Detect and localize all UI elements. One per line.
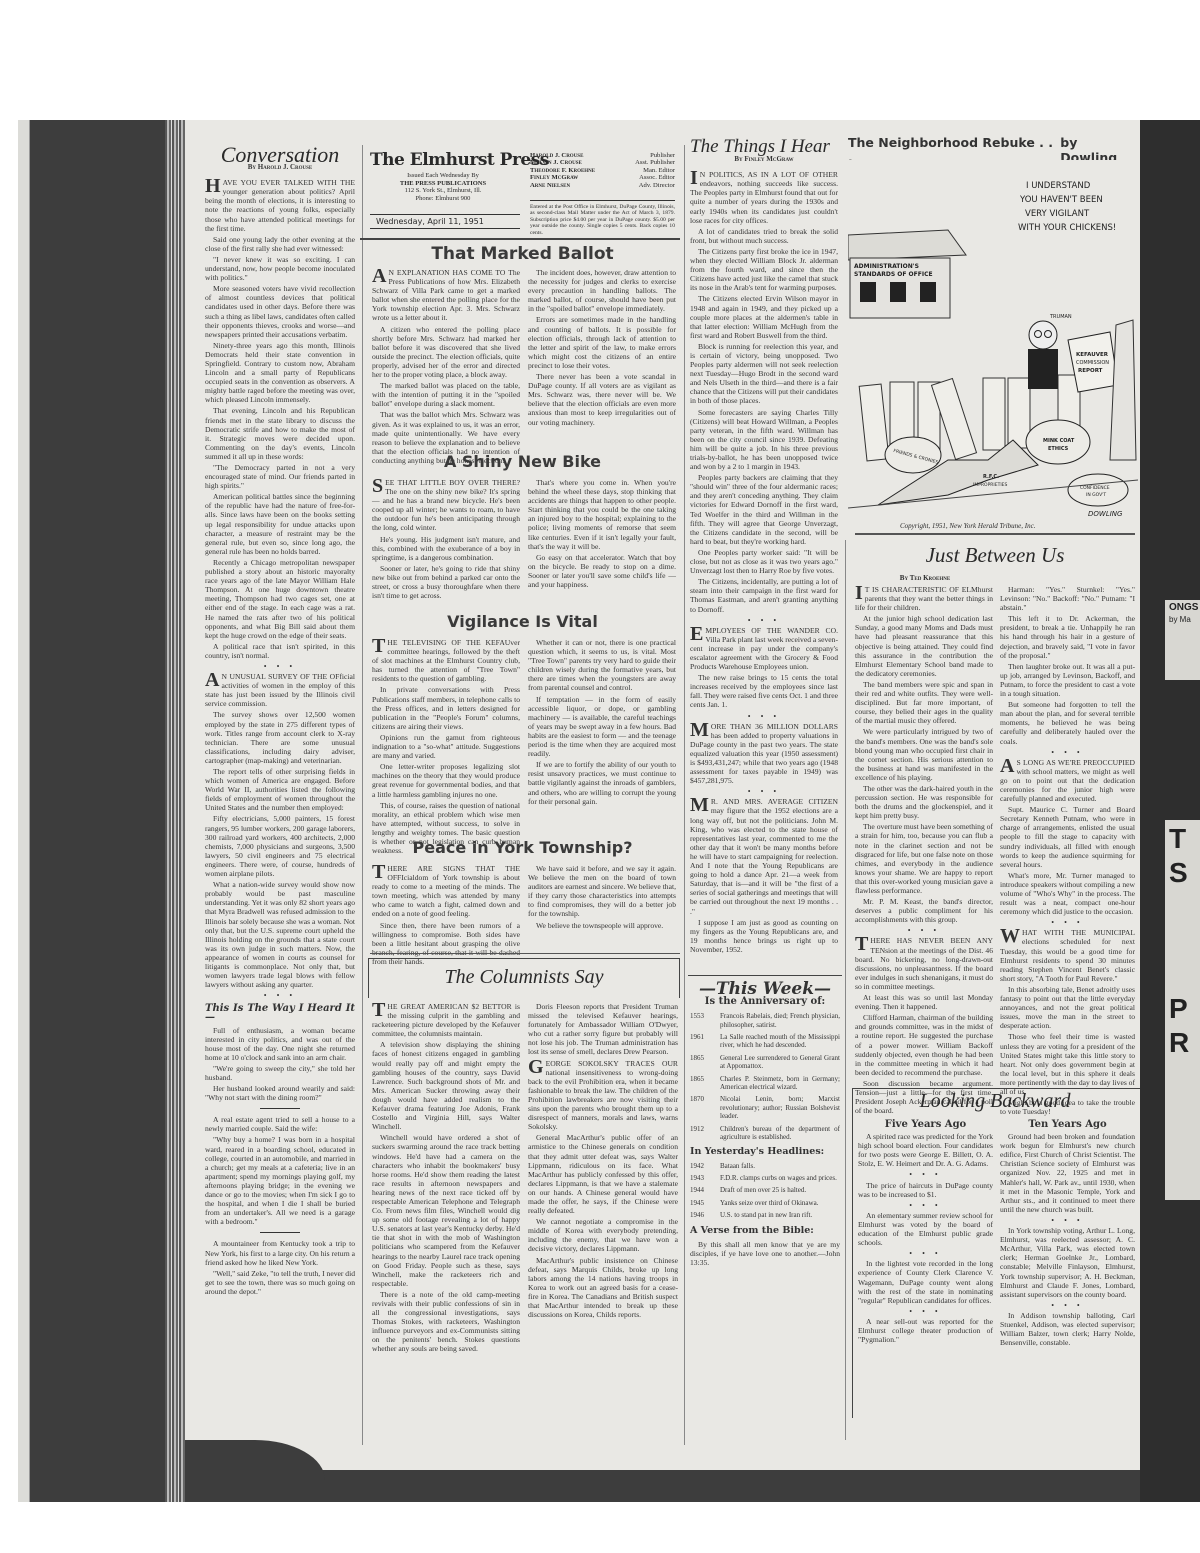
paragraph: A political race that isn't spirited, in…	[205, 642, 355, 660]
paragraph: At least this was so until last Monday e…	[855, 993, 993, 1011]
separator-dots: • • •	[690, 787, 838, 796]
paragraph: That's where you come in. When you're be…	[528, 478, 676, 551]
masthead-publisher-info: Issued Each Wednesday By THE PRESS PUBLI…	[388, 172, 498, 202]
paragraph: One letter-writer proposes legalizing sl…	[372, 762, 520, 798]
svg-text:R.F.C.: R.F.C.	[983, 474, 999, 480]
separator-dots: • • •	[690, 712, 838, 721]
svg-text:VERY VIGILANT: VERY VIGILANT	[1025, 209, 1090, 219]
svg-text:ETHICS: ETHICS	[1048, 446, 1069, 452]
paragraph: The marked ballot was placed on the tabl…	[372, 381, 520, 408]
paragraph: "We're going to sweep the city," she tol…	[205, 1064, 355, 1082]
this-week-title: —This Week—	[690, 985, 840, 994]
paragraph: Recently a Chicago metropolitan newspape…	[205, 558, 355, 640]
staff-list: Harold J. CrousePublisher Melvin J. Crou…	[530, 152, 675, 189]
paragraph: AN EXPLANATION HAS COME TO The Press Pub…	[372, 268, 520, 323]
editorial-headline: Vigilance Is Vital	[370, 612, 675, 631]
adjacent-page-ad-fragment: TSPR	[1165, 820, 1200, 1200]
newspaper-name: The Elmhurst Press	[370, 150, 549, 170]
adjacent-page-strip	[1140, 120, 1200, 1502]
five-years-ago-heading: Five Years Ago	[858, 1120, 993, 1129]
paragraph: American political battles since the beg…	[205, 492, 355, 556]
anniversary-item: 1865General Lee surrendered to General G…	[690, 1054, 840, 1071]
columnists-column: Doris Fleeson reports that President Tru…	[528, 1002, 678, 1321]
editorial-column: That's where you come in. When you're be…	[528, 478, 676, 591]
paragraph: The band members were spic and span in t…	[855, 680, 993, 725]
conversation-title: Conversation	[205, 150, 355, 159]
paragraph: In York township voting, Arthur L. Long,…	[1000, 1226, 1135, 1299]
paragraph: Errors are sometimes made in the handlin…	[528, 315, 676, 370]
conversation-column: Conversation By Harold J. Crouse HAVE YO…	[205, 150, 355, 1298]
paragraph: EMPLOYEES OF THE WANDER CO. Villa Park p…	[690, 626, 838, 671]
paragraph: The overture must have been something of…	[855, 822, 993, 895]
column-rule	[362, 145, 363, 1445]
paragraph: Harman: "Yes." Sturnkel: "Yes." Levinson…	[1000, 585, 1135, 612]
page-binding	[165, 120, 185, 1502]
paragraph: AN UNUSUAL SURVEY OF THE OFficial activi…	[205, 672, 355, 708]
issue-date: Wednesday, April 11, 1951	[370, 214, 520, 229]
paragraph: We cannot negotiate a compromise in the …	[528, 1217, 678, 1253]
staff-row: Arne NielsenAdv. Director	[530, 182, 675, 189]
paragraph: THE TELEVISING OF THE KEFAUver committee…	[372, 638, 520, 683]
staff-row: Harold J. CrousePublisher	[530, 152, 675, 159]
paragraph: We have said it before, and we say it ag…	[528, 864, 676, 919]
paragraph: Sooner or later, he's going to ride that…	[372, 564, 520, 600]
headlines-heading: In Yesterday's Headlines:	[690, 1147, 840, 1156]
paragraph: Go easy on that accelerator. Watch that …	[528, 553, 676, 589]
separator-dots: • • •	[1000, 748, 1135, 757]
svg-text:MINK COAT: MINK COAT	[1043, 438, 1075, 444]
paragraph: Clifford Harman, chairman of the buildin…	[855, 1013, 993, 1077]
editorial-headline: That Marked Ballot	[370, 244, 675, 264]
headline-item: 1943F.D.R. clamps curbs on wages and pri…	[690, 1174, 840, 1182]
anniversary-item: 1912Children's bureau of the department …	[690, 1125, 840, 1142]
paragraph: Mr. P. M. Keast, the band's director, de…	[855, 897, 993, 924]
separator-dots: • • •	[205, 991, 355, 1000]
just-between-us-byline: By Ted Kroehne	[855, 574, 995, 582]
paragraph: The other was the dark-haired youth in t…	[855, 784, 993, 820]
editorial-column: Whether it can or not, there is one prac…	[528, 638, 676, 808]
svg-text:KEFAUVER: KEFAUVER	[1076, 352, 1109, 358]
paragraph: In this absorbing tale, Benet adroitly u…	[1000, 985, 1135, 1030]
svg-text:COMMISSION: COMMISSION	[1076, 360, 1109, 366]
paragraph: Ninety-three years ago this month, Illin…	[205, 341, 355, 405]
separator-dots: • • •	[858, 1249, 993, 1258]
paragraph: An elementary summer review school for E…	[858, 1211, 993, 1247]
things-i-hear-title: The Things I Hear	[690, 142, 838, 151]
paragraph: A near sell-out was reported for the Elm…	[858, 1317, 993, 1344]
anniversary-item: 1870Nicolai Lenin, born; Marxist revolut…	[690, 1095, 840, 1120]
paragraph: Full of enthusiasm, a woman became inter…	[205, 1026, 355, 1062]
editorial-column: SEE THAT LITTLE BOY OVER THERE? The one …	[372, 478, 520, 602]
paragraph: MORE THAN 36 MILLION DOLLARS has been ad…	[690, 722, 838, 786]
anniversary-item: 1553Francois Rabelais, died; French phys…	[690, 1012, 840, 1029]
svg-text:WITH YOUR CHICKENS!: WITH YOUR CHICKENS!	[1018, 223, 1116, 233]
paragraph: In Addison township balloting, Carl Stue…	[1000, 1311, 1135, 1347]
paragraph: IN POLITICS, AS IN A LOT OF OTHER endeav…	[690, 170, 838, 225]
paragraph: A mountaineer from Kentucky took a trip …	[205, 1239, 355, 1266]
editorial-headline: Peace in York Township?	[370, 838, 675, 857]
paragraph: Winchell would have ordered a shot of su…	[372, 1133, 520, 1288]
separator-dots: • • •	[858, 1170, 993, 1179]
ten-years-ago-heading: Ten Years Ago	[1000, 1120, 1135, 1129]
paragraph: Supt. Maurice C. Turner and Board Secret…	[1000, 805, 1135, 869]
paragraph: Peoples party backers are claiming that …	[690, 473, 838, 546]
paragraph: THERE ARE SIGNS THAT THE OFFIcialdom of …	[372, 864, 520, 919]
paragraph: There never has been a vote scandal in D…	[528, 372, 676, 427]
paragraph: WHAT WITH THE MUNICIPAL elections schedu…	[1000, 928, 1135, 983]
paragraph: THE GREAT AMERICAN $2 BETTOR is the miss…	[372, 1002, 520, 1038]
paragraph: At the junior high school dedication las…	[855, 614, 993, 678]
editorial-column: We have said it before, and we say it ag…	[528, 864, 676, 932]
editorial-headline: A Shiny New Bike	[370, 452, 675, 471]
paragraph: MacArthur's public insistence on Chinese…	[528, 1256, 678, 1320]
svg-text:STANDARDS OF OFFICE: STANDARDS OF OFFICE	[854, 271, 933, 278]
editorial-column: The incident does, however, draw attenti…	[528, 268, 676, 429]
paragraph: This left it to Dr. Ackerman, the presid…	[1000, 614, 1135, 659]
separator-dots: • • •	[205, 662, 355, 671]
masthead-rule	[360, 238, 680, 240]
separator-dots: • • •	[1000, 1216, 1135, 1225]
svg-text:REPORT: REPORT	[1078, 368, 1103, 374]
separator-dots: • • •	[1000, 918, 1135, 927]
anniversary-item: 1961La Salle reached mouth of the Missis…	[690, 1033, 840, 1050]
headline-item: 1945Yanks seize over third of Okinawa.	[690, 1199, 840, 1207]
paragraph: Those who feel their time is wasted unle…	[1000, 1032, 1135, 1096]
paragraph: Her husband looked around wearily and sa…	[205, 1084, 355, 1102]
paragraph: That evening, Lincoln and his Republican…	[205, 406, 355, 461]
paragraph: "The Democracy parted in not a very enco…	[205, 463, 355, 490]
paragraph: A citizen who entered the polling place …	[372, 325, 520, 380]
just-between-us-column: IT IS CHARACTERISTIC OF ELMhurst parents…	[855, 585, 993, 1117]
paragraph: Then laughter broke out. It was all a pu…	[1000, 662, 1135, 698]
paragraph: IT IS CHARACTERISTIC OF ELMhurst parents…	[855, 585, 993, 612]
svg-text:IMPROPRIETIES: IMPROPRIETIES	[973, 482, 1008, 488]
paragraph: Opinions run the gamut from righteous in…	[372, 733, 520, 760]
paragraph: A television show displaying the shining…	[372, 1040, 520, 1131]
paragraph: Said one young lady the other evening at…	[205, 235, 355, 253]
editorial-column: THE TELEVISING OF THE KEFAUver committee…	[372, 638, 520, 857]
postal-entry-note: Entered at the Post Office in Elmhurst, …	[530, 200, 675, 236]
paragraph: The incident does, however, draw attenti…	[528, 268, 676, 313]
paragraph: What a nation-wide survey would show now…	[205, 880, 355, 989]
paragraph: There is a note of the old camp-meeting …	[372, 1290, 520, 1354]
staff-row: Theodore F. KroehneMan. Editor	[530, 167, 675, 174]
anniversary-item: 1865Charles P. Steinmetz, born in German…	[690, 1075, 840, 1092]
paragraph: GEORGE SOKOLSKY TRACES OUR national inse…	[528, 1059, 678, 1132]
separator-rule	[260, 1232, 300, 1233]
columnists-column: THE GREAT AMERICAN $2 BETTOR is the miss…	[372, 1002, 520, 1356]
svg-text:DOWLING: DOWLING	[1088, 510, 1123, 518]
masthead: The Elmhurst Press Issued Each Wednesday…	[370, 142, 675, 237]
paragraph: The survey shows over 12,500 women emplo…	[205, 710, 355, 765]
svg-text:CONFIDENCE: CONFIDENCE	[1080, 485, 1110, 491]
paragraph: A lot of candidates tried to break the s…	[690, 227, 838, 245]
paragraph: The price of haircuts in DuPage county w…	[858, 1181, 993, 1199]
paragraph: General MacArthur's public offer of an a…	[528, 1133, 678, 1215]
staff-row: Melvin J. CrouseAsst. Publisher	[530, 159, 675, 166]
editorial-column: AN EXPLANATION HAS COME TO The Press Pub…	[372, 268, 520, 467]
paragraph: One Peoples party worker said: "It will …	[690, 548, 838, 575]
column-rule	[845, 540, 846, 1440]
paragraph: THERE HAS NEVER BEEN ANY TENsion at the …	[855, 936, 993, 991]
speech-bubble: I UNDERSTAND	[1026, 181, 1091, 191]
cartoon-rule	[855, 533, 1135, 535]
paragraph: SEE THAT LITTLE BOY OVER THERE? The one …	[372, 478, 520, 533]
paragraph: The Citizens elected Ervin Wilson mayor …	[690, 294, 838, 339]
paragraph: "I never knew it was so exciting. I can …	[205, 255, 355, 282]
this-week-subtitle: Is the Anniversary of:	[690, 997, 840, 1006]
paragraph: Some forecasters are saying Charles Till…	[690, 408, 838, 472]
svg-text:ADMINISTRATION'S: ADMINISTRATION'S	[854, 263, 919, 270]
paragraph: Fifty electricians, 5,000 painters, 15 f…	[205, 814, 355, 878]
paragraph: More seasoned voters have vivid recollec…	[205, 284, 355, 339]
paragraph: If temptation — in the form of easily ac…	[528, 695, 676, 759]
just-between-us-column: Harman: "Yes." Sturnkel: "Yes." Levinson…	[1000, 585, 1135, 1118]
headline-item: 1942Bataan falls.	[690, 1162, 840, 1170]
just-between-us-title: Just Between Us	[855, 543, 1135, 568]
paragraph: MR. AND MRS. AVERAGE CITIZEN may figure …	[690, 797, 838, 915]
paragraph: "Why buy a home? I was born in a hospita…	[205, 1135, 355, 1226]
paragraph: But someone had forgotten to tell the ma…	[1000, 700, 1135, 745]
paragraph: The new raise brings to 15 cents the tot…	[690, 673, 838, 709]
five-years-ago-column: Five Years Ago A spirited race was predi…	[858, 1120, 993, 1346]
paragraph: Block is running for reelection this yea…	[690, 342, 838, 406]
headline-item: 1946U.S. to stand pat in new Iran rift.	[690, 1211, 840, 1219]
things-i-hear-column: The Things I Hear By Finley McGraw IN PO…	[690, 142, 838, 956]
verse-text: By this shall all men know that ye are m…	[690, 1240, 840, 1267]
separator-rule	[260, 1108, 300, 1109]
paragraph: We were particularly intrigued by two of…	[855, 727, 993, 782]
headline-item: 1944Draft of men over 25 is halted.	[690, 1186, 840, 1194]
paragraph: Doris Fleeson reports that President Tru…	[528, 1002, 678, 1057]
paragraph: The Citizens, incidentally, are putting …	[690, 577, 838, 613]
paragraph: HAVE YOU EVER TALKED WITH THE younger ge…	[205, 178, 355, 233]
paragraph: AS LONG AS WE'RE PREOCCUPIED with school…	[1000, 758, 1135, 803]
paragraph: I suppose I am just as good as counting …	[690, 918, 838, 954]
svg-text:YOU HAVEN'T BEEN: YOU HAVEN'T BEEN	[1019, 195, 1103, 205]
ten-years-ago-column: Ten Years Ago Ground had been broken and…	[1000, 1120, 1135, 1349]
adjacent-page-fragment: ONGSby Ma	[1165, 600, 1200, 680]
separator-dots: • • •	[855, 926, 993, 935]
paragraph: The Citizens party first broke the ice i…	[690, 247, 838, 292]
paragraph: In private conversations with Press Publ…	[372, 685, 520, 730]
this-week-column: —This Week— Is the Anniversary of: 1553F…	[690, 985, 840, 1269]
staff-row: Finley McGrawAssoc. Editor	[530, 174, 675, 181]
paragraph: Ground had been broken and foundation wo…	[1000, 1132, 1135, 1214]
editorial-cartoon: ADMINISTRATION'S STANDARDS OF OFFICE TRU…	[848, 160, 1138, 520]
separator-dots: • • •	[858, 1201, 993, 1210]
verse-heading: A Verse from the Bible:	[690, 1226, 840, 1235]
paragraph: In the lightest vote recorded in the lon…	[858, 1259, 993, 1304]
svg-text:TRUMAN: TRUMAN	[1049, 314, 1072, 320]
cartoon-credit: Copyright, 1951, New York Herald Tribune…	[900, 522, 1035, 530]
paragraph: Whether it can or not, there is one prac…	[528, 638, 676, 693]
looking-backward-title: Looking Backward	[855, 1090, 1135, 1113]
paragraph: A real estate agent tried to sell a hous…	[205, 1115, 355, 1133]
paragraph: We believe the townspeople will approve.	[528, 921, 676, 930]
separator-dots: • • •	[858, 1307, 993, 1316]
column-rule	[684, 145, 685, 1445]
paragraph: What's more, Mr. Turner managed to intro…	[1000, 871, 1135, 916]
paragraph: "Well," said Zeke, "to tell the truth, I…	[205, 1269, 355, 1296]
separator-dots: • • •	[1000, 1301, 1135, 1310]
section-heading: This Is The Way I Heard It—	[205, 1004, 355, 1022]
section-rule	[370, 953, 680, 954]
separator-dots: • • •	[690, 616, 838, 625]
paragraph: He's young. His judgment isn't mature, a…	[372, 535, 520, 562]
paragraph: The report tells of other surprising fie…	[205, 767, 355, 812]
paragraph: A spirited race was predicted for the Yo…	[858, 1132, 993, 1168]
paragraph: If we are to fortify the ability of our …	[528, 760, 676, 805]
columnists-say-title: The Columnists Say	[368, 966, 680, 989]
scan-edge	[18, 120, 30, 1502]
svg-text:IN GOV'T: IN GOV'T	[1086, 492, 1106, 498]
